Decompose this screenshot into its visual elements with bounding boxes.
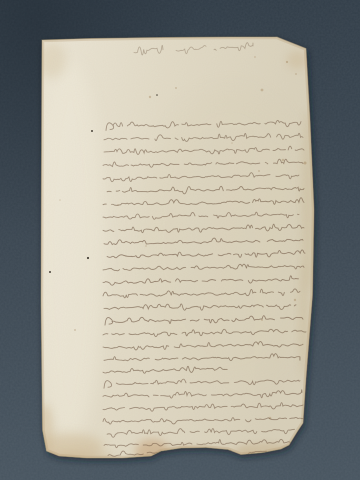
manuscript-photo: [0, 0, 360, 480]
manuscript-photo-canvas: [0, 0, 360, 480]
